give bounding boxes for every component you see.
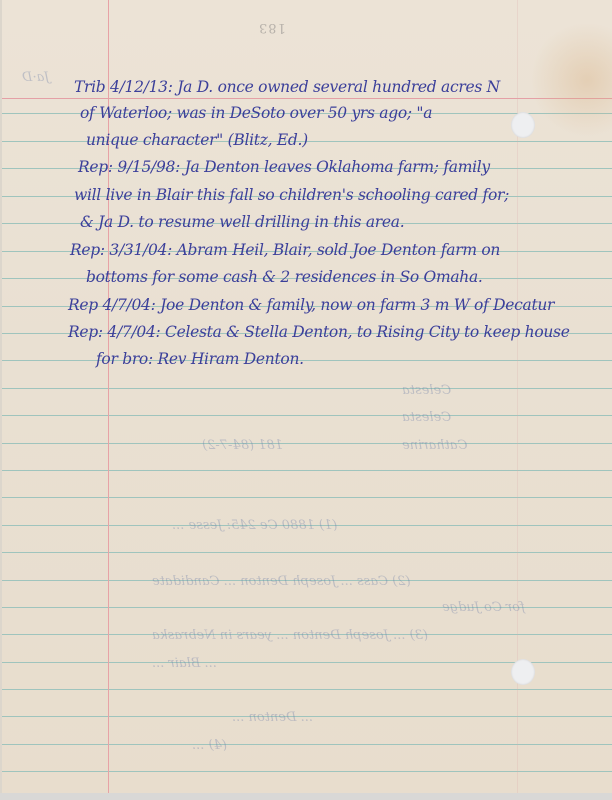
- handwritten-line: bottoms for some cash & 2 residences in …: [86, 268, 483, 286]
- rule-line: [2, 552, 612, 553]
- rule-line: [2, 689, 612, 690]
- bleed-through-text: (1) 1880 Ce 245: Jesse ...: [172, 518, 337, 533]
- bleed-through-text: ... Denton ...: [232, 710, 313, 725]
- top-red-rule: [2, 98, 612, 99]
- bleed-through-text: Celesta: [402, 410, 451, 425]
- punch-hole-bottom: [511, 659, 535, 685]
- rule-line: [2, 443, 612, 444]
- handwritten-line: Trib 4/12/13: Ja D. once owned several h…: [74, 78, 500, 96]
- bleed-through-text: 181 (84-7-2): [202, 438, 283, 453]
- punch-hole-top: [511, 112, 535, 138]
- bleed-through-text: (2) Cass ... Joseph Denton ... Candidate: [152, 574, 411, 589]
- handwritten-line: & Ja D. to resume well drilling in this …: [80, 213, 404, 231]
- rule-line: [2, 415, 612, 416]
- notebook-page: 183 Ja·D Celesta Celesta Catharine 181 (…: [2, 0, 612, 793]
- rule-line: [2, 360, 612, 361]
- handwritten-line: for bro: Rev Hiram Denton.: [96, 350, 304, 368]
- handwritten-line: Rep: 3/31/04: Abram Heil, Blair, sold Jo…: [70, 241, 500, 259]
- bleed-through-text: (3) ... Joseph Denton ... years in Nebra…: [152, 628, 428, 643]
- scan-edge: [0, 793, 612, 800]
- rule-line: [2, 744, 612, 745]
- bleed-through-text: (4) ...: [192, 738, 227, 753]
- bleed-through-text: for Co Judge: [442, 600, 525, 615]
- handwritten-line: Rep: 4/7/04: Celesta & Stella Denton, to…: [68, 323, 570, 341]
- rule-line: [2, 771, 612, 772]
- bleed-through-text: Catharine: [402, 438, 467, 453]
- rule-line: [2, 497, 612, 498]
- handwritten-line: unique character" (Blitz, Ed.): [86, 131, 308, 149]
- rule-line: [2, 388, 612, 389]
- page-number: 183: [258, 20, 286, 35]
- handwritten-line: Rep 4/7/04: Joe Denton & family, now on …: [68, 296, 554, 314]
- bleed-through-text: Ja·D: [22, 70, 50, 85]
- handwritten-line: will live in Blair this fall so children…: [74, 186, 509, 204]
- handwritten-line: of Waterloo; was in DeSoto over 50 yrs a…: [80, 104, 432, 122]
- rule-line: [2, 470, 612, 471]
- bleed-through-text: ... Blair ...: [152, 656, 217, 671]
- handwritten-line: Rep: 9/15/98: Ja Denton leaves Oklahoma …: [78, 158, 490, 176]
- bleed-through-text: Celesta: [402, 383, 451, 398]
